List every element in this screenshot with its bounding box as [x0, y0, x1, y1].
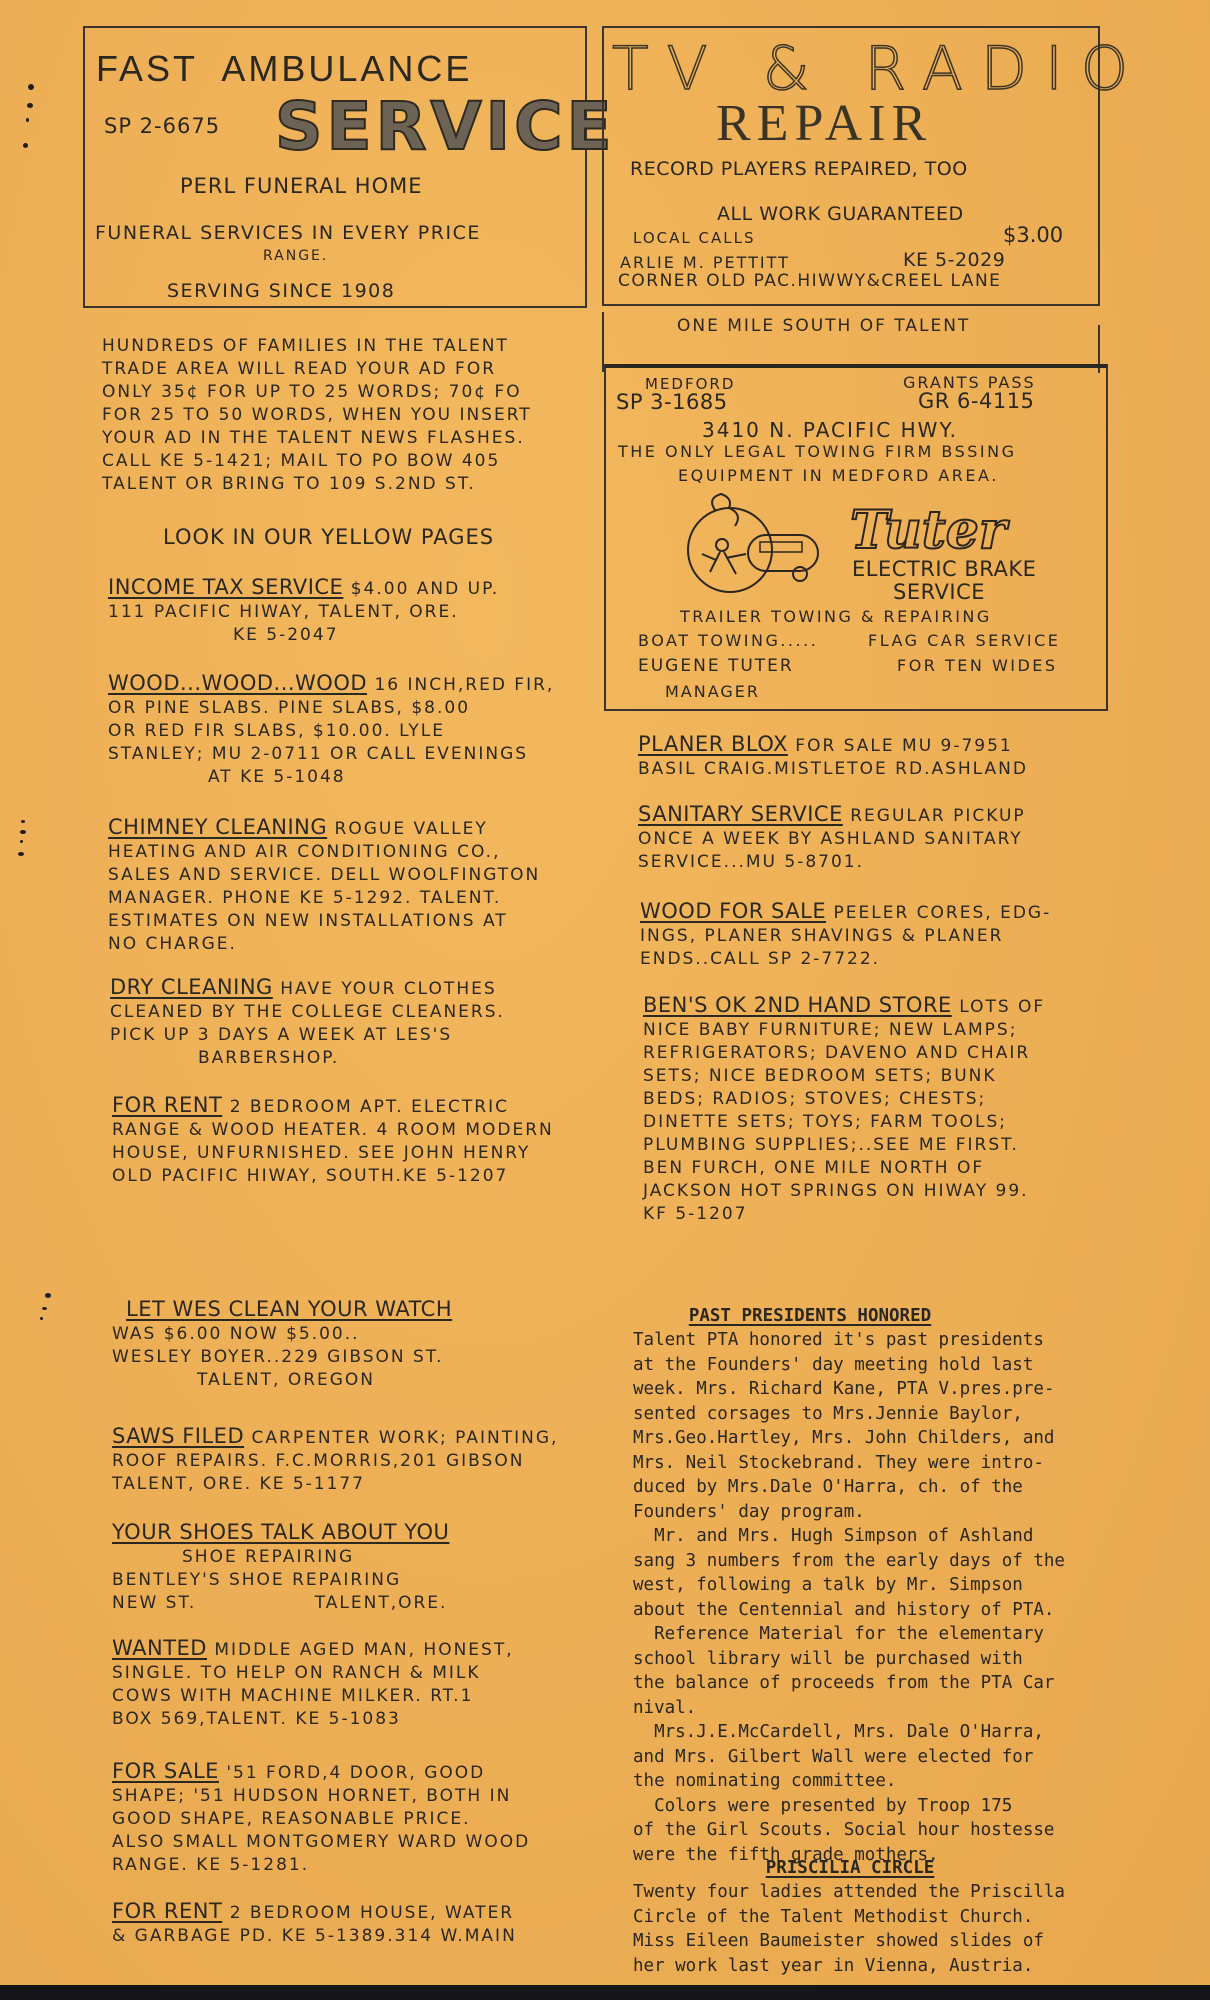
ambulance-ad-headline: FAST AMBULANCE — [96, 48, 472, 90]
tuter-ad-medford-phone: SP 3-1685 — [616, 390, 728, 414]
tuter-logo-emblem-icon — [680, 490, 850, 600]
ad-line: BENTLEY'S SHOE REPAIRING — [112, 1569, 449, 1592]
ad-line: SINGLE. TO HELP ON RANCH & MILK — [112, 1662, 514, 1685]
tv-radio-ad-price: $3.00 — [1003, 223, 1063, 247]
ad-chimney-cleaning: CHIMNEY CLEANING ROGUE VALLEY HEATING AN… — [108, 816, 540, 956]
ad-line: PLUMBING SUPPLIES;..SEE ME FIRST. — [643, 1134, 1045, 1157]
ad-heading: WOOD FOR SALE — [640, 899, 826, 923]
ad-line: '51 FORD,4 DOOR, GOOD — [226, 1763, 485, 1783]
yellow-pages-heading: LOOK IN OUR YELLOW PAGES — [163, 525, 494, 549]
ad-heading: DRY CLEANING — [110, 975, 273, 999]
tuter-ad-line6: MANAGER — [665, 682, 760, 701]
ad-heading: SANITARY SERVICE — [638, 802, 843, 826]
article-line: Twenty four ladies attended the Priscill… — [633, 1880, 1065, 1905]
ad-line: SHAPE; '51 HUDSON HORNET, BOTH IN — [112, 1785, 530, 1808]
article-priscilla-circle-body: Twenty four ladies attended the Priscill… — [633, 1880, 1065, 1978]
article-line: nival. — [633, 1696, 1065, 1721]
tv-radio-ad-location: ONE MILE SOUTH OF TALENT — [677, 316, 970, 336]
tv-radio-ad-local-calls: LOCAL CALLS — [633, 229, 755, 247]
ad-line: 111 PACIFIC HIWAY, TALENT, ORE. — [108, 601, 499, 624]
intro-line: YOUR AD IN THE TALENT NEWS FLASHES. — [102, 427, 532, 450]
ad-heading: YOUR SHOES TALK ABOUT YOU — [112, 1520, 449, 1544]
article-line: sented corsages to Mrs.Jennie Baylor, — [633, 1402, 1065, 1427]
ad-line: BOX 569,TALENT. KE 5-1083 — [112, 1708, 514, 1731]
ad-line: DINETTE SETS; TOYS; FARM TOOLS; — [643, 1111, 1045, 1134]
tuter-ad-logo-sub2: SERVICE — [893, 580, 985, 604]
intro-line: ONLY 35¢ FOR UP TO 25 WORDS; 70¢ FO — [102, 381, 532, 404]
ad-line: & GARBAGE PD. KE 5-1389.314 W.MAIN — [112, 1925, 517, 1948]
ad-line: JACKSON HOT SPRINGS ON HIWAY 99. — [643, 1180, 1045, 1203]
ad-line: HOUSE, UNFURNISHED. SEE JOHN HENRY — [112, 1142, 554, 1165]
ad-line: NO CHARGE. — [108, 933, 540, 956]
ad-line: SERVICE...MU 5-8701. — [638, 851, 1026, 874]
punch-hole — [45, 1293, 51, 1298]
ad-line: TALENT, ORE. KE 5-1177 — [112, 1473, 558, 1496]
ad-line: ESTIMATES ON NEW INSTALLATIONS AT — [108, 910, 540, 933]
intro-block: HUNDREDS OF FAMILIES IN THE TALENT TRADE… — [102, 335, 532, 496]
article-past-presidents-body: Talent PTA honored it's past presidents … — [633, 1328, 1065, 1867]
ad-sanitary-service: SANITARY SERVICE REGULAR PICKUP ONCE A W… — [638, 803, 1026, 874]
ad-bens-2nd-hand-store: BEN'S OK 2ND HAND STORE LOTS OF NICE BAB… — [643, 994, 1045, 1226]
ad-for-sale-cars: FOR SALE '51 FORD,4 DOOR, GOOD SHAPE; '5… — [112, 1760, 530, 1877]
article-line: Circle of the Talent Methodist Church. — [633, 1905, 1065, 1930]
ad-for-rent-apt: FOR RENT 2 BEDROOM APT. ELECTRIC RANGE &… — [112, 1094, 554, 1188]
ambulance-ad-range: RANGE. — [263, 248, 328, 264]
ad-saws-filed: SAWS FILED CARPENTER WORK; PAINTING, ROO… — [112, 1425, 558, 1496]
tuter-ad-line5-left: EUGENE TUTER — [638, 656, 794, 676]
ad-line: SETS; NICE BEDROOM SETS; BUNK — [643, 1065, 1045, 1088]
ad-heading: SAWS FILED — [112, 1424, 244, 1448]
ad-line: ROOF REPAIRS. F.C.MORRIS,201 GIBSON — [112, 1450, 558, 1473]
article-line: about the Centennial and history of PTA. — [633, 1598, 1065, 1623]
ad-line: NICE BABY FURNITURE; NEW LAMPS; — [643, 1019, 1045, 1042]
tuter-ad-line5-right: FOR TEN WIDES — [897, 656, 1058, 675]
ad-line: KE 5-2047 — [108, 624, 499, 647]
ad-shoe-repair: YOUR SHOES TALK ABOUT YOU SHOE REPAIRING… — [112, 1521, 449, 1615]
article-line: her work last year in Vienna, Austria. — [633, 1954, 1065, 1979]
ad-line: HAVE YOUR CLOTHES — [280, 979, 496, 999]
ad-heading: WANTED — [112, 1636, 207, 1660]
intro-line: FOR 25 TO 50 WORDS, WHEN YOU INSERT — [102, 404, 532, 427]
article-line: Mr. and Mrs. Hugh Simpson of Ashland — [633, 1524, 1065, 1549]
article-priscilla-circle-title: PRISCILIA CIRCLE — [720, 1856, 980, 1881]
ad-line: 16 INCH,RED FIR, — [374, 675, 554, 695]
punch-hole — [26, 118, 29, 122]
ad-line: AT KE 5-1048 — [108, 766, 554, 789]
ad-line: CARPENTER WORK; PAINTING, — [252, 1428, 559, 1448]
ad-line: BEN FURCH, ONE MILE NORTH OF — [643, 1157, 1045, 1180]
ad-wood: WOOD...WOOD...WOOD 16 INCH,RED FIR, OR P… — [108, 672, 554, 789]
article-past-presidents-title: PAST PRESIDENTS HONORED — [660, 1304, 960, 1329]
tv-radio-ad-subtitle: REPAIR — [716, 94, 932, 153]
punch-hole — [28, 84, 34, 90]
tuter-ad-line4-left: BOAT TOWING..... — [638, 631, 818, 650]
ad-line: SHOE REPAIRING — [112, 1546, 449, 1569]
punch-hole — [20, 830, 26, 834]
ad-line: OR PINE SLABS. PINE SLABS, $8.00 — [108, 697, 554, 720]
article-line: of the Girl Scouts. Social hour hostesse — [633, 1818, 1065, 1843]
intro-line: TRADE AREA WILL READ YOUR AD FOR — [102, 358, 532, 381]
ad-line: CLEANED BY THE COLLEGE CLEANERS. — [110, 1001, 505, 1024]
ad-heading: LET WES CLEAN YOUR WATCH — [126, 1297, 452, 1321]
ad-heading: CHIMNEY CLEANING — [108, 815, 327, 839]
tv-radio-ad-address: CORNER OLD PAC.HIWWY&CREEL LANE — [618, 271, 1001, 291]
ad-heading: FOR RENT — [112, 1093, 222, 1117]
ambulance-ad-service-title: SERVICE — [275, 88, 616, 165]
ad-line: BARBERSHOP. — [110, 1047, 505, 1070]
ad-line: BEDS; RADIOS; STOVES; CHESTS; — [643, 1088, 1045, 1111]
ad-line: PEELER CORES, EDG- — [834, 903, 1052, 923]
punch-hole — [18, 852, 24, 856]
ad-line: 2 BEDROOM HOUSE, WATER — [230, 1903, 514, 1923]
ad-line: ROGUE VALLEY — [335, 819, 488, 839]
ad-heading: BEN'S OK 2ND HAND STORE — [643, 993, 952, 1017]
punch-hole — [20, 840, 23, 843]
article-line: and Mrs. Gilbert Wall were elected for — [633, 1745, 1065, 1770]
ad-heading: PLANER BLOX — [638, 732, 788, 756]
ad-line: STANLEY; MU 2-0711 OR CALL EVENINGS — [108, 743, 554, 766]
article-line: school library will be purchased with — [633, 1647, 1065, 1672]
ad-for-rent-house: FOR RENT 2 BEDROOM HOUSE, WATER & GARBAG… — [112, 1900, 517, 1948]
ad-line: FOR SALE MU 9-7951 — [795, 736, 1012, 756]
article-line: Mrs.J.E.McCardell, Mrs. Dale O'Harra, — [633, 1720, 1065, 1745]
ad-line: GOOD SHAPE, REASONABLE PRICE. — [112, 1808, 530, 1831]
ad-line: $4.00 AND UP. — [351, 579, 499, 599]
tuter-ad-address: 3410 N. PACIFIC HWY. — [702, 418, 958, 442]
ad-line: INGS, PLANER SHAVINGS & PLANER — [640, 925, 1051, 948]
punch-hole — [42, 1307, 47, 1310]
article-line: at the Founders' day meeting hold last — [633, 1353, 1065, 1378]
ambulance-ad-since: SERVING SINCE 1908 — [167, 280, 395, 302]
ad-line: WESLEY BOYER..229 GIBSON ST. — [112, 1346, 452, 1369]
article-line: duced by Mrs.Dale O'Harra, ch. of the — [633, 1475, 1065, 1500]
tv-radio-ad-divider-left — [602, 312, 604, 372]
tv-radio-ad-record-players: RECORD PLAYERS REPAIRED, TOO — [630, 158, 968, 180]
ad-line: MANAGER. PHONE KE 5-1292. TALENT. — [108, 887, 540, 910]
ad-line: REFRIGERATORS; DAVENO AND CHAIR — [643, 1042, 1045, 1065]
ad-heading: WOOD...WOOD...WOOD — [108, 671, 367, 695]
ad-heading: INCOME TAX SERVICE — [108, 575, 343, 599]
tuter-ad-line4-right: FLAG CAR SERVICE — [868, 631, 1060, 650]
tuter-ad-grants-phone: GR 6-4115 — [918, 389, 1034, 413]
ad-line: OLD PACIFIC HIWAY, SOUTH.KE 5-1207 — [112, 1165, 554, 1188]
tuter-logo-wordmark: Tuter — [850, 500, 1006, 561]
ad-dry-cleaning: DRY CLEANING HAVE YOUR CLOTHES CLEANED B… — [110, 976, 505, 1070]
article-line: sang 3 numbers from the early days of th… — [633, 1549, 1065, 1574]
ad-line: ENDS..CALL SP 2-7722. — [640, 948, 1051, 971]
ambulance-ad-services-line: FUNERAL SERVICES IN EVERY PRICE — [95, 222, 481, 244]
ad-wood-for-sale: WOOD FOR SALE PEELER CORES, EDG- INGS, P… — [640, 900, 1051, 971]
ad-line: ONCE A WEEK BY ASHLAND SANITARY — [638, 828, 1026, 851]
punch-hole — [21, 820, 25, 823]
punch-hole — [23, 143, 28, 148]
article-line: week. Mrs. Richard Kane, PTA V.pres.pre- — [633, 1377, 1065, 1402]
ad-watch-cleaning: LET WES CLEAN YOUR WATCH WAS $6.00 NOW $… — [112, 1298, 452, 1392]
intro-line: HUNDREDS OF FAMILIES IN THE TALENT — [102, 335, 532, 358]
tv-radio-ad-owner-phone: KE 5-2029 — [903, 249, 1005, 271]
ad-line: HEATING AND AIR CONDITIONING CO., — [108, 841, 540, 864]
ad-income-tax: INCOME TAX SERVICE $4.00 AND UP. 111 PAC… — [108, 576, 499, 647]
ad-line: OR RED FIR SLABS, $10.00. LYLE — [108, 720, 554, 743]
ad-line: BASIL CRAIG.MISTLETOE RD.ASHLAND — [638, 758, 1028, 781]
article-line: Colors were presented by Troop 175 — [633, 1794, 1065, 1819]
ad-line: TALENT, OREGON — [112, 1369, 452, 1392]
intro-line: CALL KE 5-1421; MAIL TO PO BOW 405 — [102, 450, 532, 473]
ad-planer-blox: PLANER BLOX FOR SALE MU 9-7951 BASIL CRA… — [638, 733, 1028, 781]
ad-line: NEW ST. TALENT,ORE. — [112, 1592, 449, 1615]
punch-hole — [40, 1317, 43, 1320]
punch-hole — [27, 103, 33, 108]
ad-heading: FOR RENT — [112, 1899, 222, 1923]
article-line: Talent PTA honored it's past presidents — [633, 1328, 1065, 1353]
article-line: the nominating committee. — [633, 1769, 1065, 1794]
tuter-ad-line3: TRAILER TOWING & REPAIRING — [680, 607, 992, 626]
ambulance-ad-phone: SP 2-6675 — [104, 114, 220, 138]
article-title: PAST PRESIDENTS HONORED — [689, 1306, 931, 1326]
ad-line: PICK UP 3 DAYS A WEEK AT LES'S — [110, 1024, 505, 1047]
intro-line: TALENT OR BRING TO 109 S.2ND ST. — [102, 473, 532, 496]
ad-line: 2 BEDROOM APT. ELECTRIC — [230, 1097, 509, 1117]
tv-radio-ad-guaranteed: ALL WORK GUARANTEED — [717, 203, 964, 225]
article-title: PRISCILIA CIRCLE — [766, 1858, 935, 1878]
tuter-ad-logo-sub1: ELECTRIC BRAKE — [852, 557, 1036, 581]
article-line: Founders' day program. — [633, 1500, 1065, 1525]
page-bottom-edge — [0, 1985, 1210, 2000]
ad-wanted: WANTED MIDDLE AGED MAN, HONEST, SINGLE. … — [112, 1637, 514, 1731]
ambulance-ad-funeral-home: PERL FUNERAL HOME — [180, 174, 423, 198]
tv-radio-ad-owner: ARLIE M. PETTITT — [620, 253, 790, 272]
article-line: Mrs. Neil Stockebrand. They were intro- — [633, 1451, 1065, 1476]
tuter-ad-line1: THE ONLY LEGAL TOWING FIRM BSSING — [618, 442, 1016, 461]
ad-line: WAS $6.00 NOW $5.00.. — [112, 1323, 452, 1346]
ad-line: RANGE. KE 5-1281. — [112, 1854, 530, 1877]
ad-line: LOTS OF — [959, 997, 1045, 1017]
article-line: Miss Eileen Baumeister showed slides of — [633, 1929, 1065, 1954]
ad-line: SALES AND SERVICE. DELL WOOLFINGTON — [108, 864, 540, 887]
ad-line: KF 5-1207 — [643, 1203, 1045, 1226]
article-line: the balance of proceeds from the PTA Car — [633, 1671, 1065, 1696]
article-line: west, following a talk by Mr. Simpson — [633, 1573, 1065, 1598]
article-line: Reference Material for the elementary — [633, 1622, 1065, 1647]
tuter-ad-line2: EQUIPMENT IN MEDFORD AREA. — [678, 466, 999, 485]
ad-line: REGULAR PICKUP — [850, 806, 1025, 826]
ad-line: RANGE & WOOD HEATER. 4 ROOM MODERN — [112, 1119, 554, 1142]
ad-line: ALSO SMALL MONTGOMERY WARD WOOD — [112, 1831, 530, 1854]
article-line: Mrs.Geo.Hartley, Mrs. John Childers, and — [633, 1426, 1065, 1451]
ad-line: COWS WITH MACHINE MILKER. RT.1 — [112, 1685, 514, 1708]
ad-heading: FOR SALE — [112, 1759, 219, 1783]
ad-line: MIDDLE AGED MAN, HONEST, — [214, 1640, 513, 1660]
